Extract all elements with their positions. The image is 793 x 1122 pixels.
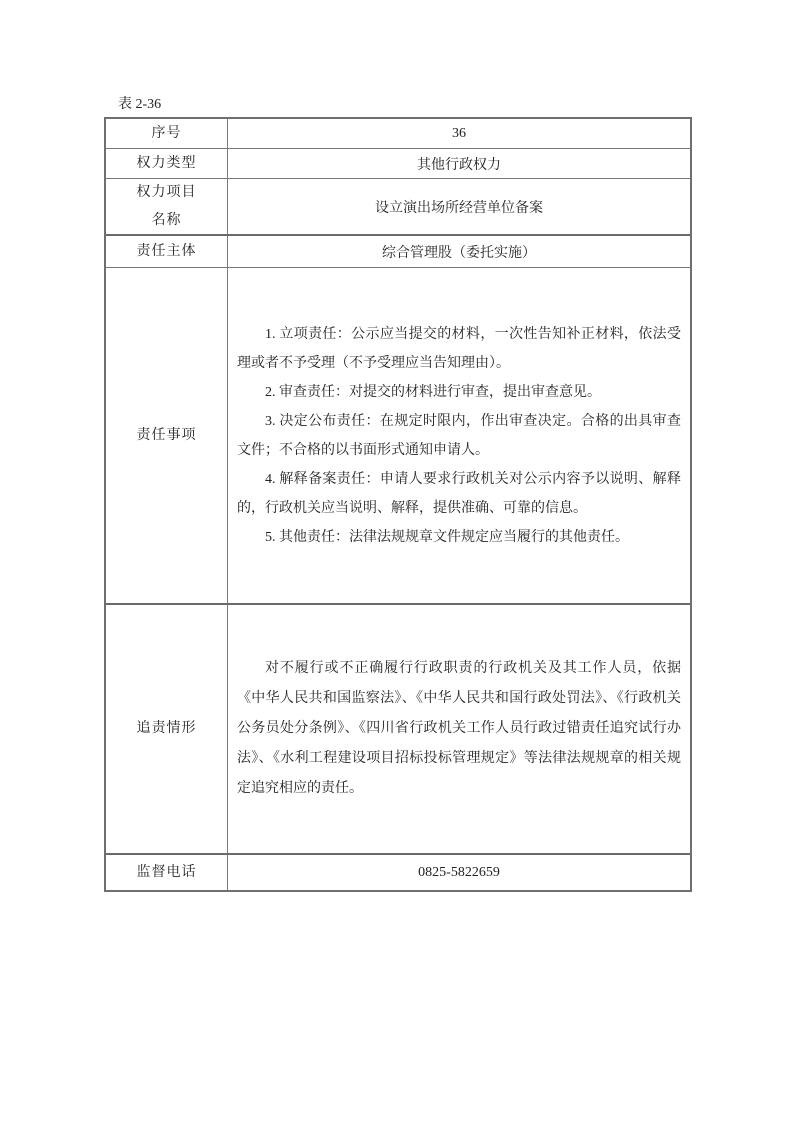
row-value-power-item-name: 设立演出场所经营单位备案 <box>228 179 690 234</box>
table-row-power-item-name: 权力项目 名称 设立演出场所经营单位备案 <box>106 178 690 234</box>
row-label-power-item-name: 权力项目 名称 <box>106 179 228 234</box>
row-value-responsible-entity: 综合管理股（委托实施） <box>228 236 690 267</box>
responsibility-item-4: 4. 解释备案责任：申请人要求行政机关对公示内容予以说明、解释的，行政机关应当说… <box>237 465 681 523</box>
row-value-power-type: 其他行政权力 <box>228 149 690 178</box>
row-label-power-type: 权力类型 <box>106 149 228 178</box>
row-label-responsible-entity: 责任主体 <box>106 236 228 267</box>
table-row-supervision-phone: 监督电话 0825-5822659 <box>106 853 690 890</box>
document-page: 表 2-36 序号 36 权力类型 其他行政权力 权力项目 名称 设立演出场所经… <box>0 0 793 1122</box>
accountability-paragraph: 对不履行或不正确履行行政职责的行政机关及其工作人员，依据《中华人民共和国监察法》… <box>237 654 681 804</box>
responsibility-item-1: 1. 立项责任：公示应当提交的材料，一次性告知补正材料，依法受理或者不予受理（不… <box>237 320 681 378</box>
table-row-serial-number: 序号 36 <box>106 119 690 148</box>
table-row-power-type: 权力类型 其他行政权力 <box>106 148 690 178</box>
row-label-supervision-phone: 监督电话 <box>106 855 228 890</box>
row-label-power-item-name-line1: 权力项目 <box>137 179 197 207</box>
row-label-serial-number: 序号 <box>106 119 228 148</box>
table-row-responsible-entity: 责任主体 综合管理股（委托实施） <box>106 234 690 267</box>
responsibility-item-2: 2. 审查责任：对提交的材料进行审查，提出审查意见。 <box>237 378 681 407</box>
table-row-accountability-circumstances: 追责情形 对不履行或不正确履行行政职责的行政机关及其工作人员，依据《中华人民共和… <box>106 603 690 853</box>
row-value-supervision-phone: 0825-5822659 <box>228 855 690 890</box>
row-label-responsibility-items: 责任事项 <box>106 268 228 603</box>
table-caption: 表 2-36 <box>118 97 161 113</box>
row-label-power-item-name-line2: 名称 <box>152 207 182 235</box>
row-value-accountability-circumstances: 对不履行或不正确履行行政职责的行政机关及其工作人员，依据《中华人民共和国监察法》… <box>228 605 690 853</box>
table-row-responsibility-items: 责任事项 1. 立项责任：公示应当提交的材料，一次性告知补正材料，依法受理或者不… <box>106 267 690 603</box>
row-label-accountability-circumstances: 追责情形 <box>106 605 228 853</box>
power-item-table: 序号 36 权力类型 其他行政权力 权力项目 名称 设立演出场所经营单位备案 责… <box>104 117 692 892</box>
responsibility-item-5: 5. 其他责任：法律法规规章文件规定应当履行的其他责任。 <box>237 523 681 552</box>
row-value-serial-number: 36 <box>228 119 690 148</box>
row-value-responsibility-items: 1. 立项责任：公示应当提交的材料，一次性告知补正材料，依法受理或者不予受理（不… <box>228 268 690 603</box>
responsibility-item-3: 3. 决定公布责任：在规定时限内，作出审查决定。合格的出具审查文件；不合格的以书… <box>237 407 681 465</box>
